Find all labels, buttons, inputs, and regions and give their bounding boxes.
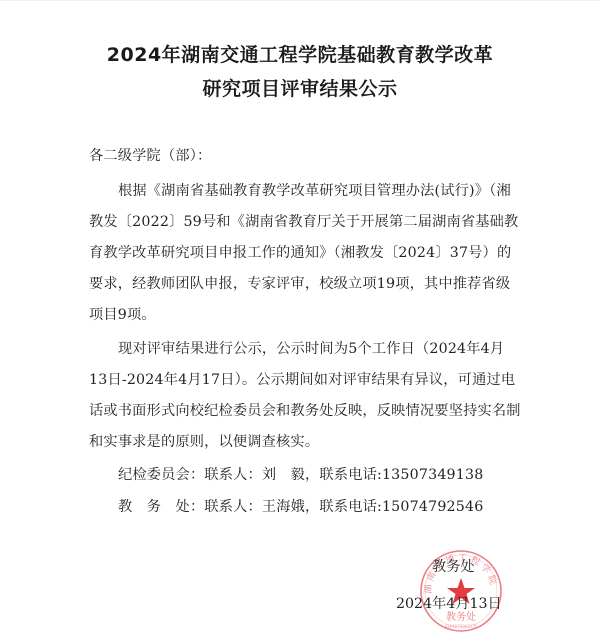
paragraph-2-line: 现对评审结果进行公示，公示时间为5个工作日（2024年4月 bbox=[118, 338, 504, 358]
paragraph-2-line: 和实事求是的原则，以便调查核实。 bbox=[89, 431, 319, 451]
paragraph-1-line: 育教学改革研究项目申报工作的通知》（湘教发〔2024〕37号）的 bbox=[89, 242, 511, 262]
contact-dept: 教 务 处： bbox=[118, 496, 204, 516]
paragraph-2-line: 13日-2024年4月17日）。公示期间如对评审结果有异议，可通过电 bbox=[89, 369, 515, 389]
salutation: 各二级学院（部）： bbox=[89, 145, 211, 165]
paragraph-2-line: 话或书面形式向校纪检委员会和教务处反映，反映情况要坚持实名制 bbox=[89, 400, 521, 420]
contact-dept: 纪检委员会： bbox=[118, 464, 204, 484]
document-title-line-2: 研究项目评审结果公示 bbox=[0, 74, 600, 101]
svg-text:4304070003135: 4304070003135 bbox=[444, 624, 478, 629]
signature-date: 2024年4月13日 bbox=[396, 593, 502, 613]
paragraph-1-line: 根据《湖南省基础教育教学改革研究项目管理办法(试行)》（湘 bbox=[118, 180, 511, 200]
paragraph-1-line: 项目9项。 bbox=[89, 304, 156, 324]
document-title-line-1: 2024年湖南交通工程学院基础教育教学改革 bbox=[0, 40, 600, 67]
signature-office: 教务处 bbox=[432, 556, 475, 576]
contact-row-academic-affairs: 教 务 处：联系人：王海娥，联系电话:15074792546 bbox=[118, 496, 483, 516]
top-border bbox=[0, 0, 600, 1]
paragraph-1-line: 要求，经教师团队申报，专家评审，校级立项19项，其中推荐省级 bbox=[89, 273, 510, 293]
contact-row-discipline-committee: 纪检委员会：联系人：刘 毅，联系电话:13507349138 bbox=[118, 464, 483, 484]
contact-info: 联系人：刘 毅，联系电话:13507349138 bbox=[204, 467, 483, 483]
contact-info: 联系人：王海娥，联系电话:15074792546 bbox=[204, 499, 483, 515]
paragraph-1-line: 教发〔2022〕59号和《湖南省教育厅关于开展第二届湖南省基础教 bbox=[89, 211, 518, 231]
